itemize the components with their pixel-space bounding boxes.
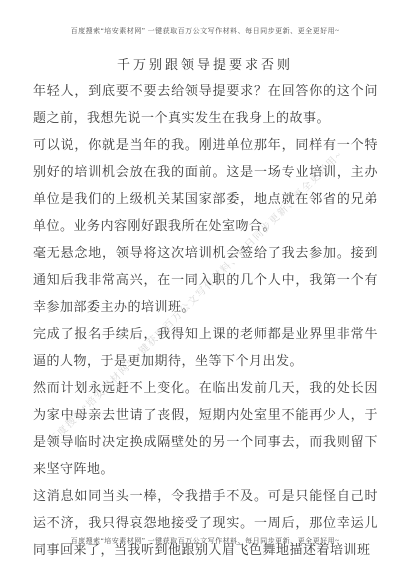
paragraph: 这消息如同当头一棒，令我措手不及。可是只能怪自己时运不济，我只得哀怨地接受了现实… xyxy=(33,482,378,563)
paragraph: 毫无悬念地，领导将这次培训机会签给了我去参加。接到通知后我非常高兴，在一同入职的… xyxy=(33,239,378,320)
header-promo-banner: 百度搜索“培安素材网” 一键获取百万公文写作材料、每日同步更新、更全更好用~ xyxy=(0,26,410,36)
paragraph: 可以说，你就是当年的我。刚进单位那年，同样有一个特别好的培训机会放在我的面前。这… xyxy=(33,131,378,239)
paragraph: 完成了报名手续后，我得知上课的老师都是业界里非常牛逼的人物，于是更加期待，坐等下… xyxy=(33,320,378,374)
document-page: 百度搜索“培安素材网” 一键获取百万公文写作材料、每日同步更新、更全更好用~ 千… xyxy=(0,0,410,580)
document-title: 千万别跟领导提要求否则 xyxy=(0,54,410,73)
footer-promo-banner: 百度搜索“培安素材网” 一键获取百万公文写作材料、每日同步更新、更全更好用~ xyxy=(0,536,410,546)
paragraph: 年轻人，到底要不要去给领导提要求？在回答你的这个问题之前，我想先说一个真实发生在… xyxy=(33,77,378,131)
document-body: 年轻人，到底要不要去给领导提要求？在回答你的这个问题之前，我想先说一个真实发生在… xyxy=(33,77,378,563)
paragraph: 然而计划永远赶不上变化。在临出发前几天，我的处长因为家中母亲去世请了丧假，短期内… xyxy=(33,374,378,482)
